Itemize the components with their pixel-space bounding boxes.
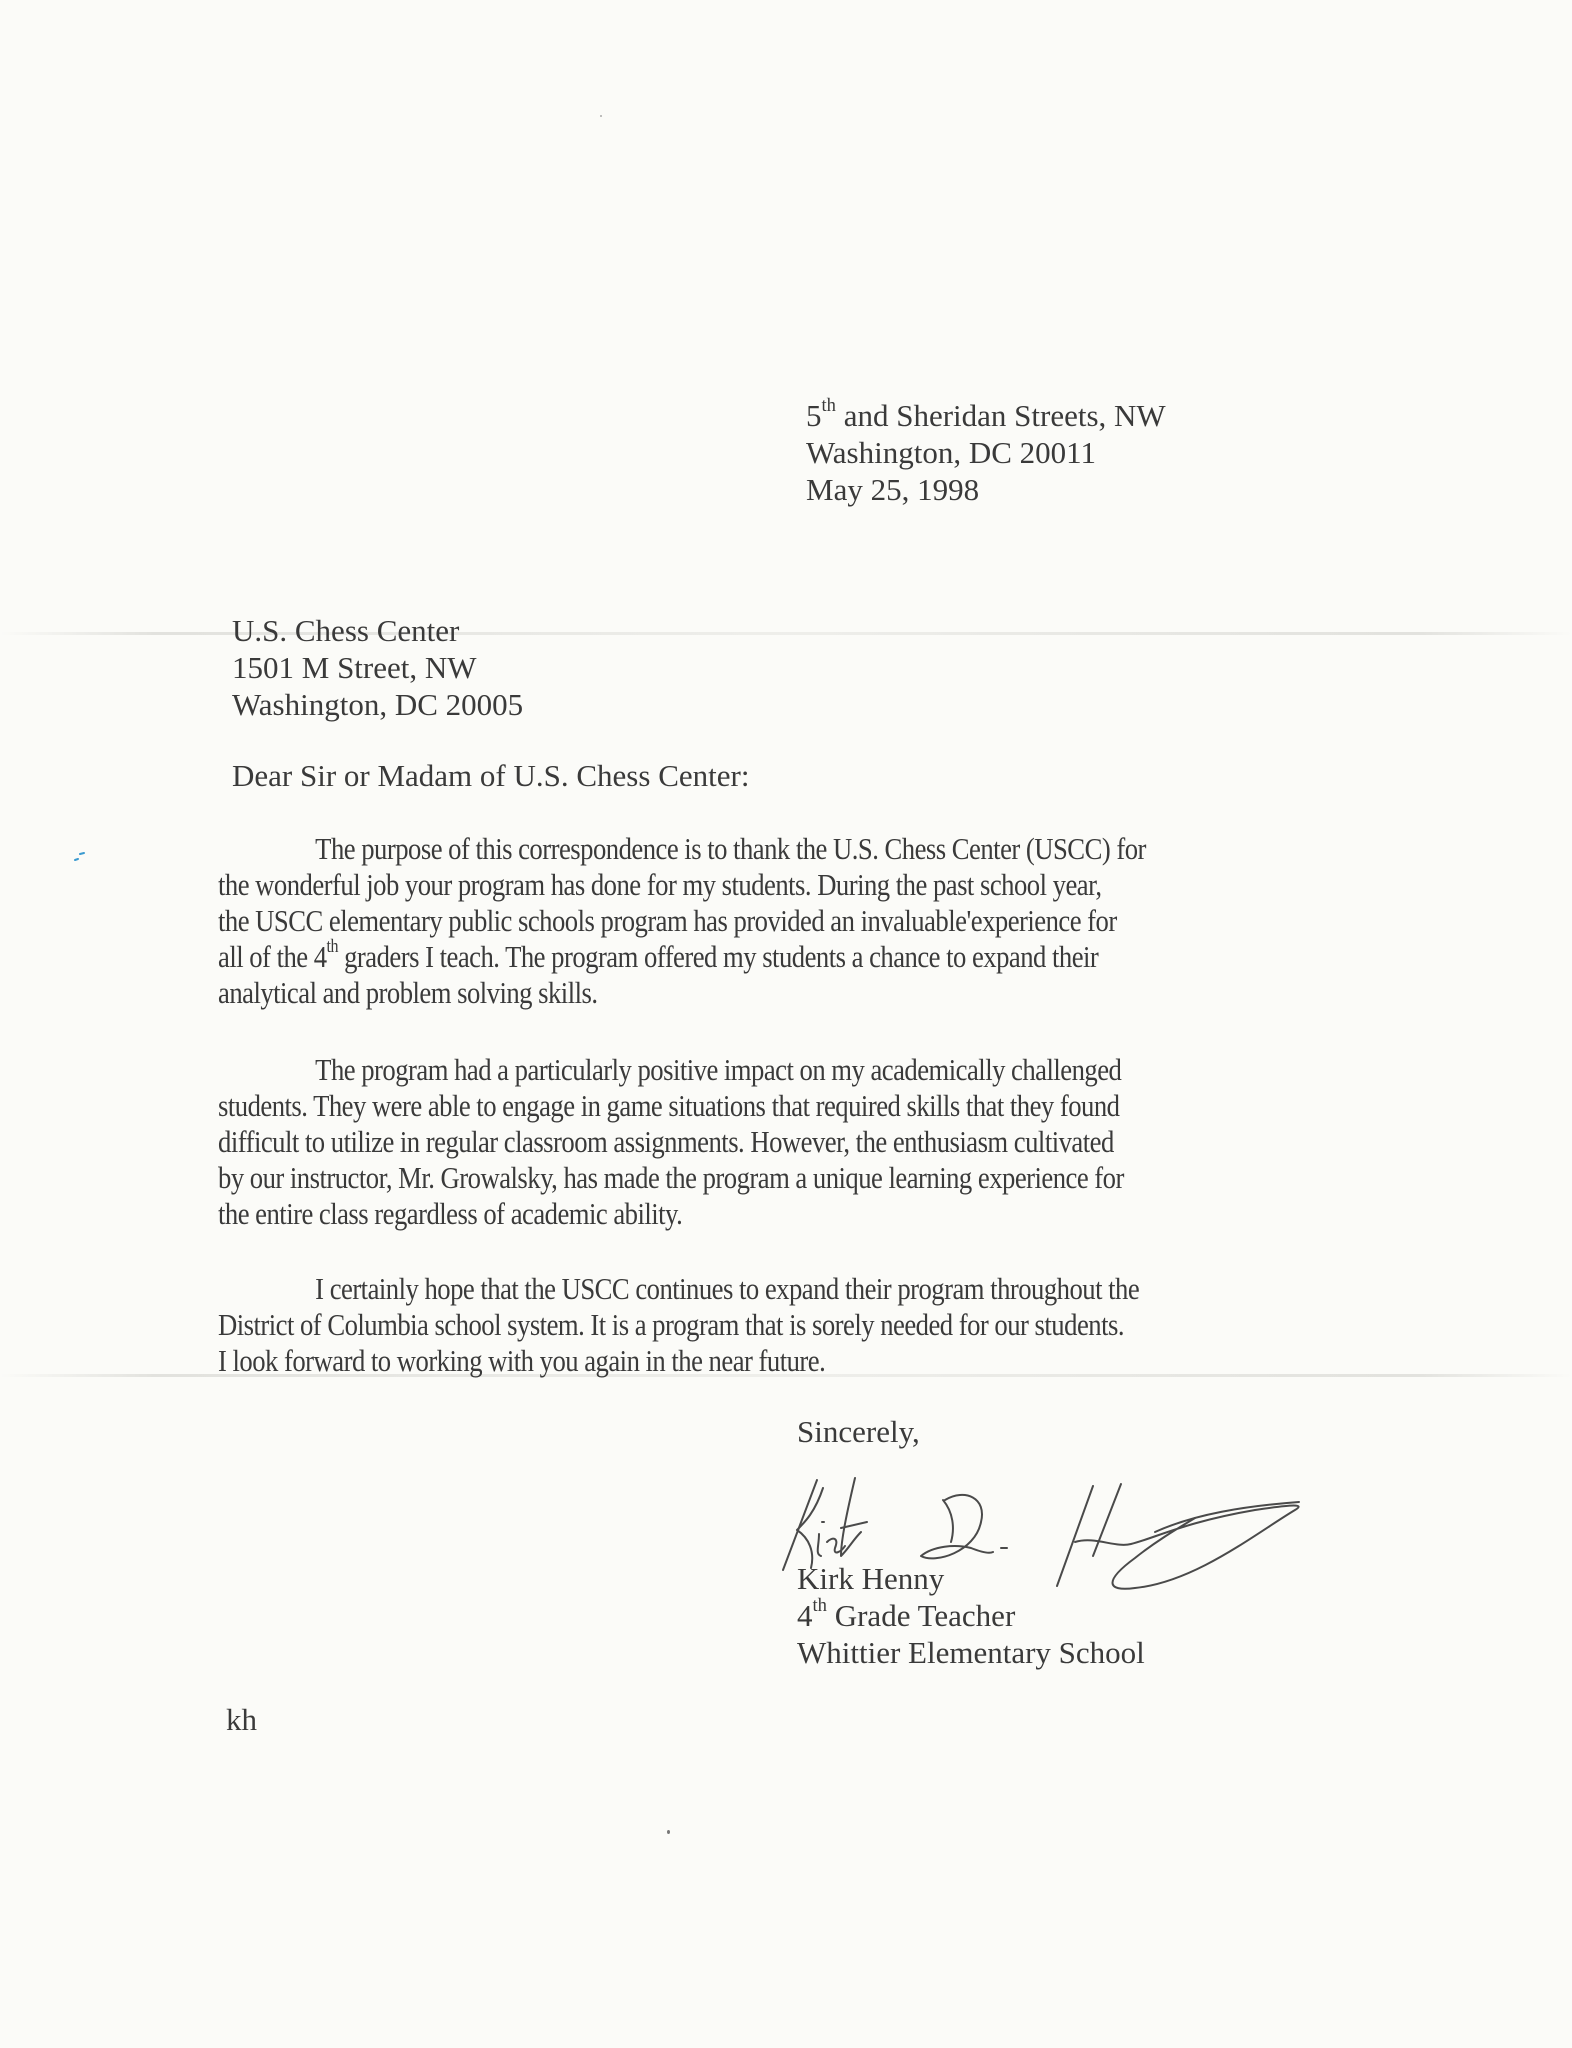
paragraph-line: The program had a particularly positive … bbox=[218, 1052, 1198, 1088]
grade-number: 4 bbox=[797, 1598, 813, 1633]
sender-address: 5th and Sheridan Streets, NW Washington,… bbox=[806, 397, 1166, 508]
paragraph-line: the wonderful job your program has done … bbox=[218, 867, 1198, 903]
title-text: Grade Teacher bbox=[827, 1598, 1015, 1633]
paper-speck bbox=[600, 115, 602, 117]
body-paragraph-1: The purpose of this correspondence is to… bbox=[218, 831, 1358, 1011]
paragraph-line: the USCC elementary public schools progr… bbox=[218, 903, 1198, 939]
signer-name: Kirk Henny bbox=[797, 1560, 1145, 1597]
stray-ink-mark bbox=[72, 850, 86, 862]
ordinal-suffix: th bbox=[327, 936, 338, 957]
paragraph-line: I certainly hope that the USCC continues… bbox=[218, 1271, 1198, 1307]
signer-block: Kirk Henny 4th Grade Teacher Whittier El… bbox=[797, 1560, 1145, 1671]
sender-city: Washington, DC 20011 bbox=[806, 434, 1166, 471]
sender-street: 5th and Sheridan Streets, NW bbox=[806, 397, 1166, 434]
paragraph-line: difficult to utilize in regular classroo… bbox=[218, 1124, 1198, 1160]
signer-title: 4th Grade Teacher bbox=[797, 1597, 1145, 1634]
line-text: graders I teach. The program offered my … bbox=[338, 939, 1098, 974]
letter-date: May 25, 1998 bbox=[806, 471, 1166, 508]
signer-organization: Whittier Elementary School bbox=[797, 1634, 1145, 1671]
closing: Sincerely, bbox=[797, 1413, 920, 1450]
paragraph-line: District of Columbia school system. It i… bbox=[218, 1307, 1198, 1343]
letter-page: 5th and Sheridan Streets, NW Washington,… bbox=[0, 0, 1572, 2048]
body-paragraph-2: The program had a particularly positive … bbox=[218, 1052, 1358, 1232]
paragraph-line: The purpose of this correspondence is to… bbox=[218, 831, 1198, 867]
ordinal-suffix: th bbox=[822, 395, 836, 416]
street-name: and Sheridan Streets, NW bbox=[836, 398, 1166, 433]
line-text: all of the 4 bbox=[218, 939, 327, 974]
paragraph-line: the entire class regardless of academic … bbox=[218, 1196, 1198, 1232]
paragraph-line: by our instructor, Mr. Growalsky, has ma… bbox=[218, 1160, 1198, 1196]
paragraph-line: all of the 4th graders I teach. The prog… bbox=[218, 939, 1198, 975]
recipient-name: U.S. Chess Center bbox=[232, 612, 523, 649]
ordinal-suffix: th bbox=[813, 1595, 827, 1616]
paragraph-line: students. They were able to engage in ga… bbox=[218, 1088, 1198, 1124]
body-paragraph-3: I certainly hope that the USCC continues… bbox=[218, 1271, 1358, 1379]
paragraph-line: I look forward to working with you again… bbox=[218, 1343, 1198, 1379]
street-number: 5 bbox=[806, 398, 822, 433]
typist-initials: kh bbox=[226, 1701, 257, 1738]
salutation: Dear Sir or Madam of U.S. Chess Center: bbox=[232, 757, 749, 794]
paper-speck bbox=[667, 1830, 670, 1834]
recipient-address: U.S. Chess Center 1501 M Street, NW Wash… bbox=[232, 612, 523, 723]
recipient-city: Washington, DC 20005 bbox=[232, 686, 523, 723]
paragraph-line: analytical and problem solving skills. bbox=[218, 975, 1198, 1011]
recipient-street: 1501 M Street, NW bbox=[232, 649, 523, 686]
